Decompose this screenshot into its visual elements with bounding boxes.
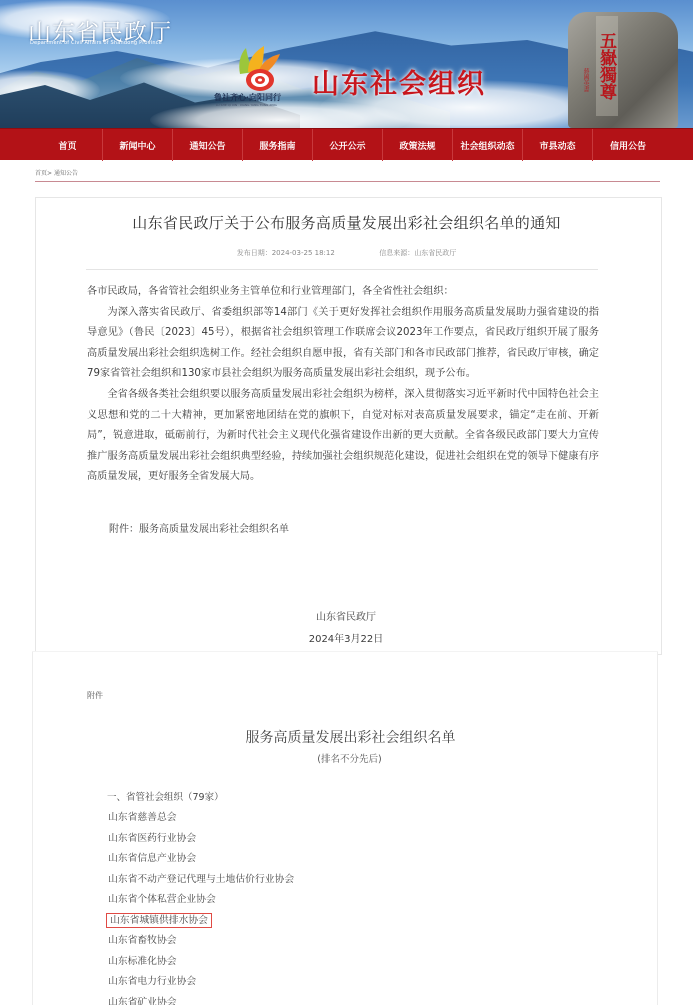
publish-date-label: 发布日期： xyxy=(237,249,272,257)
nav-item-service-guide[interactable]: 服务指南 xyxy=(243,129,313,161)
breadcrumb-home-link[interactable]: 首页 xyxy=(35,170,47,177)
site-title-english: Department of Civil Affairs of Shandong … xyxy=(30,40,162,46)
organization-list: 山东省慈善总会 山东省医药行业协会 山东省信息产业协会 山东省不动产登记代理与土… xyxy=(108,808,294,1005)
logo-slogan: 鲁社齐心·向阳同行 xyxy=(214,92,281,103)
main-nav: 首页 新闻中心 通知公告 服务指南 公开公示 政策法规 社会组织动态 市县动态 … xyxy=(0,128,693,160)
meta-divider xyxy=(86,269,598,270)
signature-org: 山东省民政厅 xyxy=(0,608,680,623)
nav-item-credit-notices[interactable]: 信用公告 xyxy=(593,129,663,161)
list-item: 山东省矿业协会 xyxy=(108,993,294,1005)
source-value: 山东省民政厅 xyxy=(414,249,456,257)
logo-slogan-english: LU SHE QI XIN · XIANG YANG TONG XING xyxy=(216,103,277,107)
list-item: 山东省信息产业协会 xyxy=(108,849,294,870)
article-body: 各市民政局，各省管社会组织业务主管单位和行业管理部门，各全省性社会组织： 为深入… xyxy=(87,282,599,488)
list-item: 山东省个体私营企业协会 xyxy=(108,890,294,911)
breadcrumb-current[interactable]: 通知公告 xyxy=(54,170,78,177)
article-title: 山东省民政厅关于公布服务高质量发展出彩社会组织名单的通知 xyxy=(0,212,693,233)
article-meta: 发布日期：2024-03-25 18:12 信息来源：山东省民政厅 xyxy=(0,248,693,258)
brand-title: 山东社会组织 xyxy=(312,62,486,101)
rock-inscription-small: 蔣國英書 xyxy=(578,58,590,102)
list-item: 山东标准化协会 xyxy=(108,952,294,973)
publish-date: 2024-03-25 18:12 xyxy=(272,249,335,257)
article-salutation: 各市民政局，各省管社会组织业务主管单位和行业管理部门，各全省性社会组织： xyxy=(87,282,599,303)
list-item: 山东省慈善总会 xyxy=(108,808,294,829)
nav-item-city-county-news[interactable]: 市县动态 xyxy=(523,129,593,161)
list-item: 山东省不动产登记代理与土地估价行业协会 xyxy=(108,870,294,891)
attachment-link[interactable]: 附件：服务高质量发展出彩社会组织名单 xyxy=(109,520,289,535)
social-org-logo-icon xyxy=(234,44,286,94)
signature-date: 2024年3月22日 xyxy=(0,630,680,645)
nav-item-policies[interactable]: 政策法规 xyxy=(383,129,453,161)
attachment-title: 服务高质量发展出彩社会组织名单 xyxy=(0,727,693,747)
attachment-subtitle: (排名不分先后) xyxy=(0,751,693,765)
list-item: 山东省医药行业协会 xyxy=(108,829,294,850)
article-paragraph: 为深入落实省民政厅、省委组织部等14部门《关于更好发挥社会组织作用服务高质量发展… xyxy=(87,303,599,385)
list-item-highlighted: 山东省城镇供排水协会 xyxy=(108,911,294,932)
nav-item-public-disclosure[interactable]: 公开公示 xyxy=(313,129,383,161)
rock-inscription: 五嶽獨尊 xyxy=(596,16,618,116)
breadcrumb: 首页> 通知公告 xyxy=(35,168,660,182)
list-item: 山东省畜牧协会 xyxy=(108,931,294,952)
site-banner: 山东省民政厅 Department of Civil Affairs of Sh… xyxy=(0,0,693,128)
nav-item-news-center[interactable]: 新闻中心 xyxy=(103,129,173,161)
source-label: 信息来源： xyxy=(379,249,414,257)
nav-item-org-news[interactable]: 社会组织动态 xyxy=(453,129,523,161)
section-heading: 一、省管社会组织（79家） xyxy=(107,789,224,803)
list-item: 山东省电力行业协会 xyxy=(108,972,294,993)
nav-item-notices[interactable]: 通知公告 xyxy=(173,129,243,161)
nav-item-home[interactable]: 首页 xyxy=(33,129,103,161)
breadcrumb-separator: > xyxy=(47,170,52,177)
article-paragraph: 全省各级各类社会组织要以服务高质量发展出彩社会组织为榜样，深入贯彻落实习近平新时… xyxy=(87,385,599,488)
attachment-label: 附件 xyxy=(87,690,103,701)
